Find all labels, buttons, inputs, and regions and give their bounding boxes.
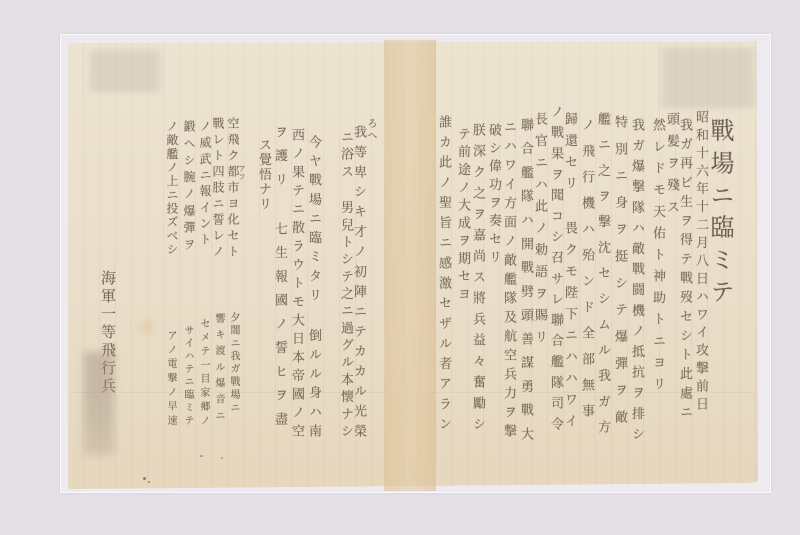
text-column: ヲ護リ 七生報國ノ誓ヒヲ盡 bbox=[273, 125, 286, 425]
text-column: 我ガ爆撃隊ハ敵戰闘機ノ抵抗ヲ排シ bbox=[630, 118, 643, 440]
page-title: 戰場ニ臨ミテ bbox=[708, 118, 732, 303]
text-column: 今ヤ戰場ニ臨ミタリ 倒ルル身ハ南 bbox=[307, 135, 320, 437]
text-column: ノ飛行機ハ殆ンド全部無事 bbox=[580, 118, 593, 417]
verse-line: セメテ一目家郷ノ bbox=[198, 318, 208, 425]
speck bbox=[221, 457, 223, 459]
text-column: 長官ニハ此ノ勅語ヲ賜リ bbox=[533, 112, 546, 343]
speck bbox=[200, 455, 203, 457]
text-column: 我等卑シキ才ノ初陣ニテカカル光榮 bbox=[352, 125, 365, 437]
verse-line: 戰レト四肢ニ誓レノ bbox=[212, 117, 224, 257]
text-column: 頭髪ヲ殘ス bbox=[665, 112, 678, 213]
text-column: 誰カ此ノ聖旨ニ感激セザル者アラン bbox=[437, 115, 450, 430]
speck bbox=[148, 481, 150, 483]
text-column: 聯合艦隊ハ開戰劈頭善謀勇戰大 bbox=[519, 118, 532, 440]
text-column: ノ戰果ヲ聞コシ召サレ聯合艦隊司令 bbox=[549, 105, 562, 430]
text-column: 朕深ク之ヲ嘉尚ス將兵益々奮勵シ bbox=[471, 123, 484, 430]
text-column: 我ガ再ビ生ヲ得テ戰歿セシト此處ニ bbox=[678, 118, 691, 418]
text-column: ニ浴ス 男兒トシテ之ニ過グル本懐ナシ bbox=[339, 130, 352, 437]
text-column: 艦ニ之ヲ撃沈セシムル我ガ方 bbox=[596, 112, 609, 433]
verse-line: ノ敵艦ノ上ニ投ズベシ bbox=[166, 120, 178, 255]
stain-spot bbox=[140, 320, 154, 334]
text-column: 然レドモ天佑ト神助トニヨリ bbox=[651, 118, 664, 390]
text-column: 破シ偉功ヲ奏セリ bbox=[487, 123, 500, 263]
verse-line: ノ威武ニ報イント bbox=[199, 120, 211, 245]
verse-line: 鍛ヘシ腕ノ爆彈ヲ bbox=[183, 120, 195, 250]
text-column: ニハワイ方面ノ敵艦隊及航空兵力ヲ撃 bbox=[502, 120, 515, 437]
tape-residue-top-left bbox=[90, 50, 160, 92]
text-column: ス覺悟ナリ bbox=[257, 138, 270, 210]
verse-line: 空飛ク都市ヨ化セト bbox=[227, 117, 239, 257]
text-column: 歸還セリ 畏クモ陛下ニハハワイ bbox=[563, 112, 576, 427]
tape-residue-top-right bbox=[662, 48, 754, 108]
verse-line: 夕闇ニ我ガ戰場ニ bbox=[228, 312, 238, 412]
verse-line: 響キ渡ル爆音ニ bbox=[213, 313, 223, 420]
blurred-signature-name bbox=[84, 352, 114, 455]
verse-line: サイハテニ臨ミテ bbox=[182, 325, 192, 425]
verse-line: アノ電撃ノ早速 bbox=[165, 330, 175, 425]
text-column: テ前途ノ大成ヲ期セヨ bbox=[456, 127, 469, 300]
text-column: 特別ニ身ヲ挺シテ爆彈ヲ敵 bbox=[613, 115, 626, 423]
text-column: 昭和十六年十二月八日ハワイ攻撃前日 bbox=[694, 110, 707, 410]
tape-strip bbox=[384, 40, 436, 491]
text-column: 西ノ果テニ散ラウトモ大日本帝國ノ空 bbox=[290, 128, 303, 437]
speck bbox=[143, 477, 146, 480]
text-column: ろへ bbox=[365, 118, 375, 140]
